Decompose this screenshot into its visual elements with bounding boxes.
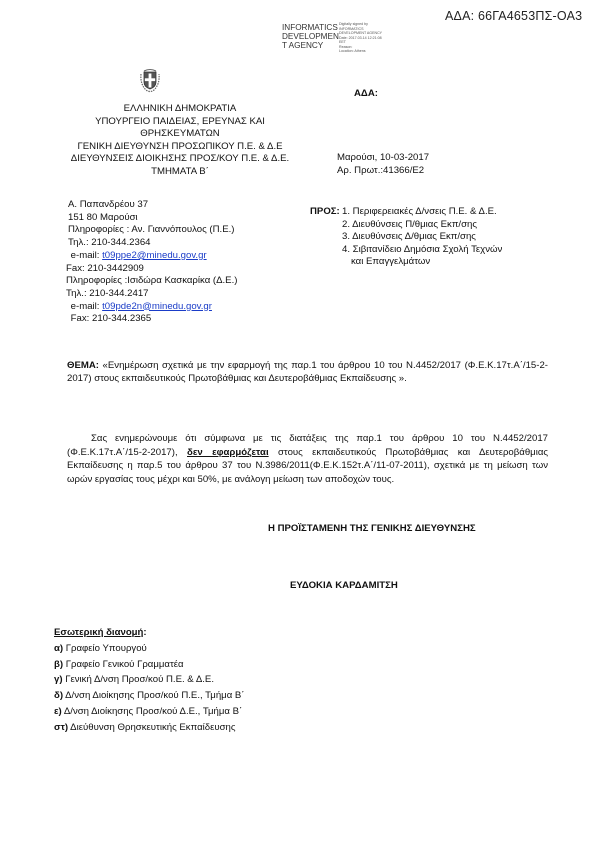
email-row-1: e-mail: t09ppe2@minedu.gov.gr [68, 250, 237, 263]
digital-signature-org: INFORMATICS DEVELOPMEN T AGENCY [282, 24, 339, 50]
distribution-marker: δ) [54, 690, 63, 701]
subject-paragraph: ΘΕΜΑ: «Ενημέρωση σχετικά με την εφαρμογή… [67, 359, 548, 385]
distribution-marker: γ) [54, 674, 63, 685]
distribution-text: Γραφείο Υπουργού [63, 643, 147, 654]
greek-coat-of-arms-icon [138, 68, 162, 94]
email-link-2[interactable]: t09pde2n@minedu.gov.gr [102, 301, 212, 312]
distribution-title-text: Εσωτερική διανομή [54, 627, 143, 638]
header-line: ΓΕΝΙΚΗ ΔΙΕΥΘΥΝΣΗ ΠΡΟΣΩΠΙΚΟΥ Π.Ε. & Δ.Ε [60, 141, 300, 154]
protocol-number: Αρ. Πρωτ.:41366/Ε2 [337, 164, 429, 177]
distribution-marker: α) [54, 643, 63, 654]
body-emphasis: δεν εφαρμόζεται [187, 447, 269, 458]
recipients-label: ΠΡΟΣ: [310, 206, 342, 219]
sig-org-line: T AGENCY [282, 42, 339, 51]
distribution-title-suffix: : [143, 627, 146, 638]
place-date-block: Μαρούσι, 10-03-2017 Αρ. Πρωτ.:41366/Ε2 [337, 151, 429, 177]
recipient-row: ΠΡΟΣ:1. Περιφερειακές Δ/νσεις Π.Ε. & Δ.Ε… [310, 206, 502, 219]
header-line: ΤΜΗΜΑΤΑ Β΄ [60, 166, 300, 179]
fax-2-text: Fax: 210-344.2365 [71, 313, 152, 324]
distribution-item: στ) Διεύθυνση Θρησκευτικής Εκπαίδευσης [54, 720, 245, 736]
phone-2: Τηλ.: 210-344.2417 [66, 288, 237, 301]
subject-text: «Ενημέρωση σχετικά με την εφαρμογή της π… [67, 360, 548, 384]
body-paragraph: Σας ενημερώνουμε ότι σύμφωνα με τις διατ… [67, 432, 548, 486]
email-link-1[interactable]: t09ppe2@minedu.gov.gr [102, 250, 207, 261]
distribution-item: α) Γραφείο Υπουργού [54, 641, 245, 657]
place-date: Μαρούσι, 10-03-2017 [337, 151, 429, 164]
distribution-marker: β) [54, 659, 63, 670]
signer-name: ΕΥΔΟΚΙΑ ΚΑΡΔΑΜΙΤΣΗ [290, 580, 398, 591]
postal-code: 151 80 Μαρούσι [68, 212, 237, 225]
address: Α. Παπανδρέου 37 [68, 199, 237, 212]
distribution-item: ε) Δ/νση Διοίκησης Προσ/κού Δ.Ε., Τμήμα … [54, 704, 245, 720]
distribution-item: δ) Δ/νση Διοίκησης Προσ/κού Π.Ε., Τμήμα … [54, 688, 245, 704]
distribution-text: Διεύθυνση Θρησκευτικής Εκπαίδευσης [68, 722, 235, 733]
sig-detail-line: DEVELOPMENT AGENCY [339, 31, 382, 36]
email-label: e-mail: [71, 250, 102, 261]
internal-distribution: Εσωτερική διανομή: α) Γραφείο Υπουργού β… [54, 625, 245, 736]
info-contact-1: Πληροφορίες : Αν. Γιαννόπουλος (Π.Ε.) [68, 224, 237, 237]
recipient-item-continuation: και Επαγγελμάτων [310, 256, 502, 269]
recipient-item: 4. Σιβιτανίδειο Δημόσια Σχολή Τεχνών [310, 244, 502, 257]
header-line: ΔΙΕΥΘΥΝΣΕΙΣ ΔΙΟΙΚΗΣΗΣ ΠΡΟΣ/ΚΟΥ Π.Ε. & Δ.… [60, 153, 300, 166]
issuing-authority-header: ΕΛΛΗΝΙΚΗ ΔΗΜΟΚΡΑΤΙΑ ΥΠΟΥΡΓΕΙΟ ΠΑΙΔΕΙΑΣ, … [60, 103, 300, 178]
recipient-item: 1. Περιφερειακές Δ/νσεις Π.Ε. & Δ.Ε. [342, 206, 497, 217]
fax-2: Fax: 210-344.2365 [68, 313, 237, 326]
sig-detail-line: Location: Athens [339, 49, 382, 54]
distribution-marker: ε) [54, 706, 62, 717]
subject-label: ΘΕΜΑ: [67, 360, 99, 371]
email-row-2: e-mail: t09pde2n@minedu.gov.gr [68, 301, 237, 314]
distribution-title: Εσωτερική διανομή: [54, 625, 245, 641]
signer-title: Η ΠΡΟΪΣΤΑΜΕΝΗ ΤΗΣ ΓΕΝΙΚΗΣ ΔΙΕΥΘΥΝΣΗΣ [268, 523, 476, 534]
distribution-text: Γενική Δ/νση Προσ/κού Π.Ε. & Δ.Ε. [63, 674, 214, 685]
recipients-block: ΠΡΟΣ:1. Περιφερειακές Δ/νσεις Π.Ε. & Δ.Ε… [310, 206, 502, 269]
digital-signature-details: Digitally signed by INFORMATICS DEVELOPM… [339, 22, 382, 54]
fax-1: Fax: 210-3442909 [66, 263, 237, 276]
ada-label: ΑΔΑ: [354, 88, 378, 99]
recipient-item: 2. Διευθύνσεις Π/θμιας Εκπ/σης [310, 219, 502, 232]
header-line: ΘΡΗΣΚΕΥΜΑΤΩΝ [60, 128, 300, 141]
distribution-text: Γραφείο Γενικού Γραμματέα [63, 659, 184, 670]
email-label: e-mail: [71, 301, 102, 312]
phone-1: Τηλ.: 210-344.2364 [68, 237, 237, 250]
header-line: ΕΛΛΗΝΙΚΗ ΔΗΜΟΚΡΑΤΙΑ [60, 103, 300, 116]
distribution-text: Δ/νση Διοίκησης Προσ/κού Π.Ε., Τμήμα Β΄ [63, 690, 245, 701]
distribution-marker: στ) [54, 722, 68, 733]
info-contact-2: Πληροφορίες :Ισιδώρα Κασκαρίκα (Δ.Ε.) [66, 275, 237, 288]
distribution-item: β) Γραφείο Γενικού Γραμματέα [54, 657, 245, 673]
distribution-item: γ) Γενική Δ/νση Προσ/κού Π.Ε. & Δ.Ε. [54, 672, 245, 688]
distribution-text: Δ/νση Διοίκησης Προσ/κού Δ.Ε., Τμήμα Β΄ [62, 706, 242, 717]
contact-details: Α. Παπανδρέου 37 151 80 Μαρούσι Πληροφορ… [68, 199, 237, 326]
ada-stamp: ΑΔΑ: 66ΓΑ4653ΠΣ-ΟΑ3 [445, 9, 582, 23]
header-line: ΥΠΟΥΡΓΕΙΟ ΠΑΙΔΕΙΑΣ, ΕΡΕΥΝΑΣ ΚΑΙ [60, 116, 300, 129]
recipient-item: 3. Διευθύνσεις Δ/θμιας Εκπ/σης [310, 231, 502, 244]
